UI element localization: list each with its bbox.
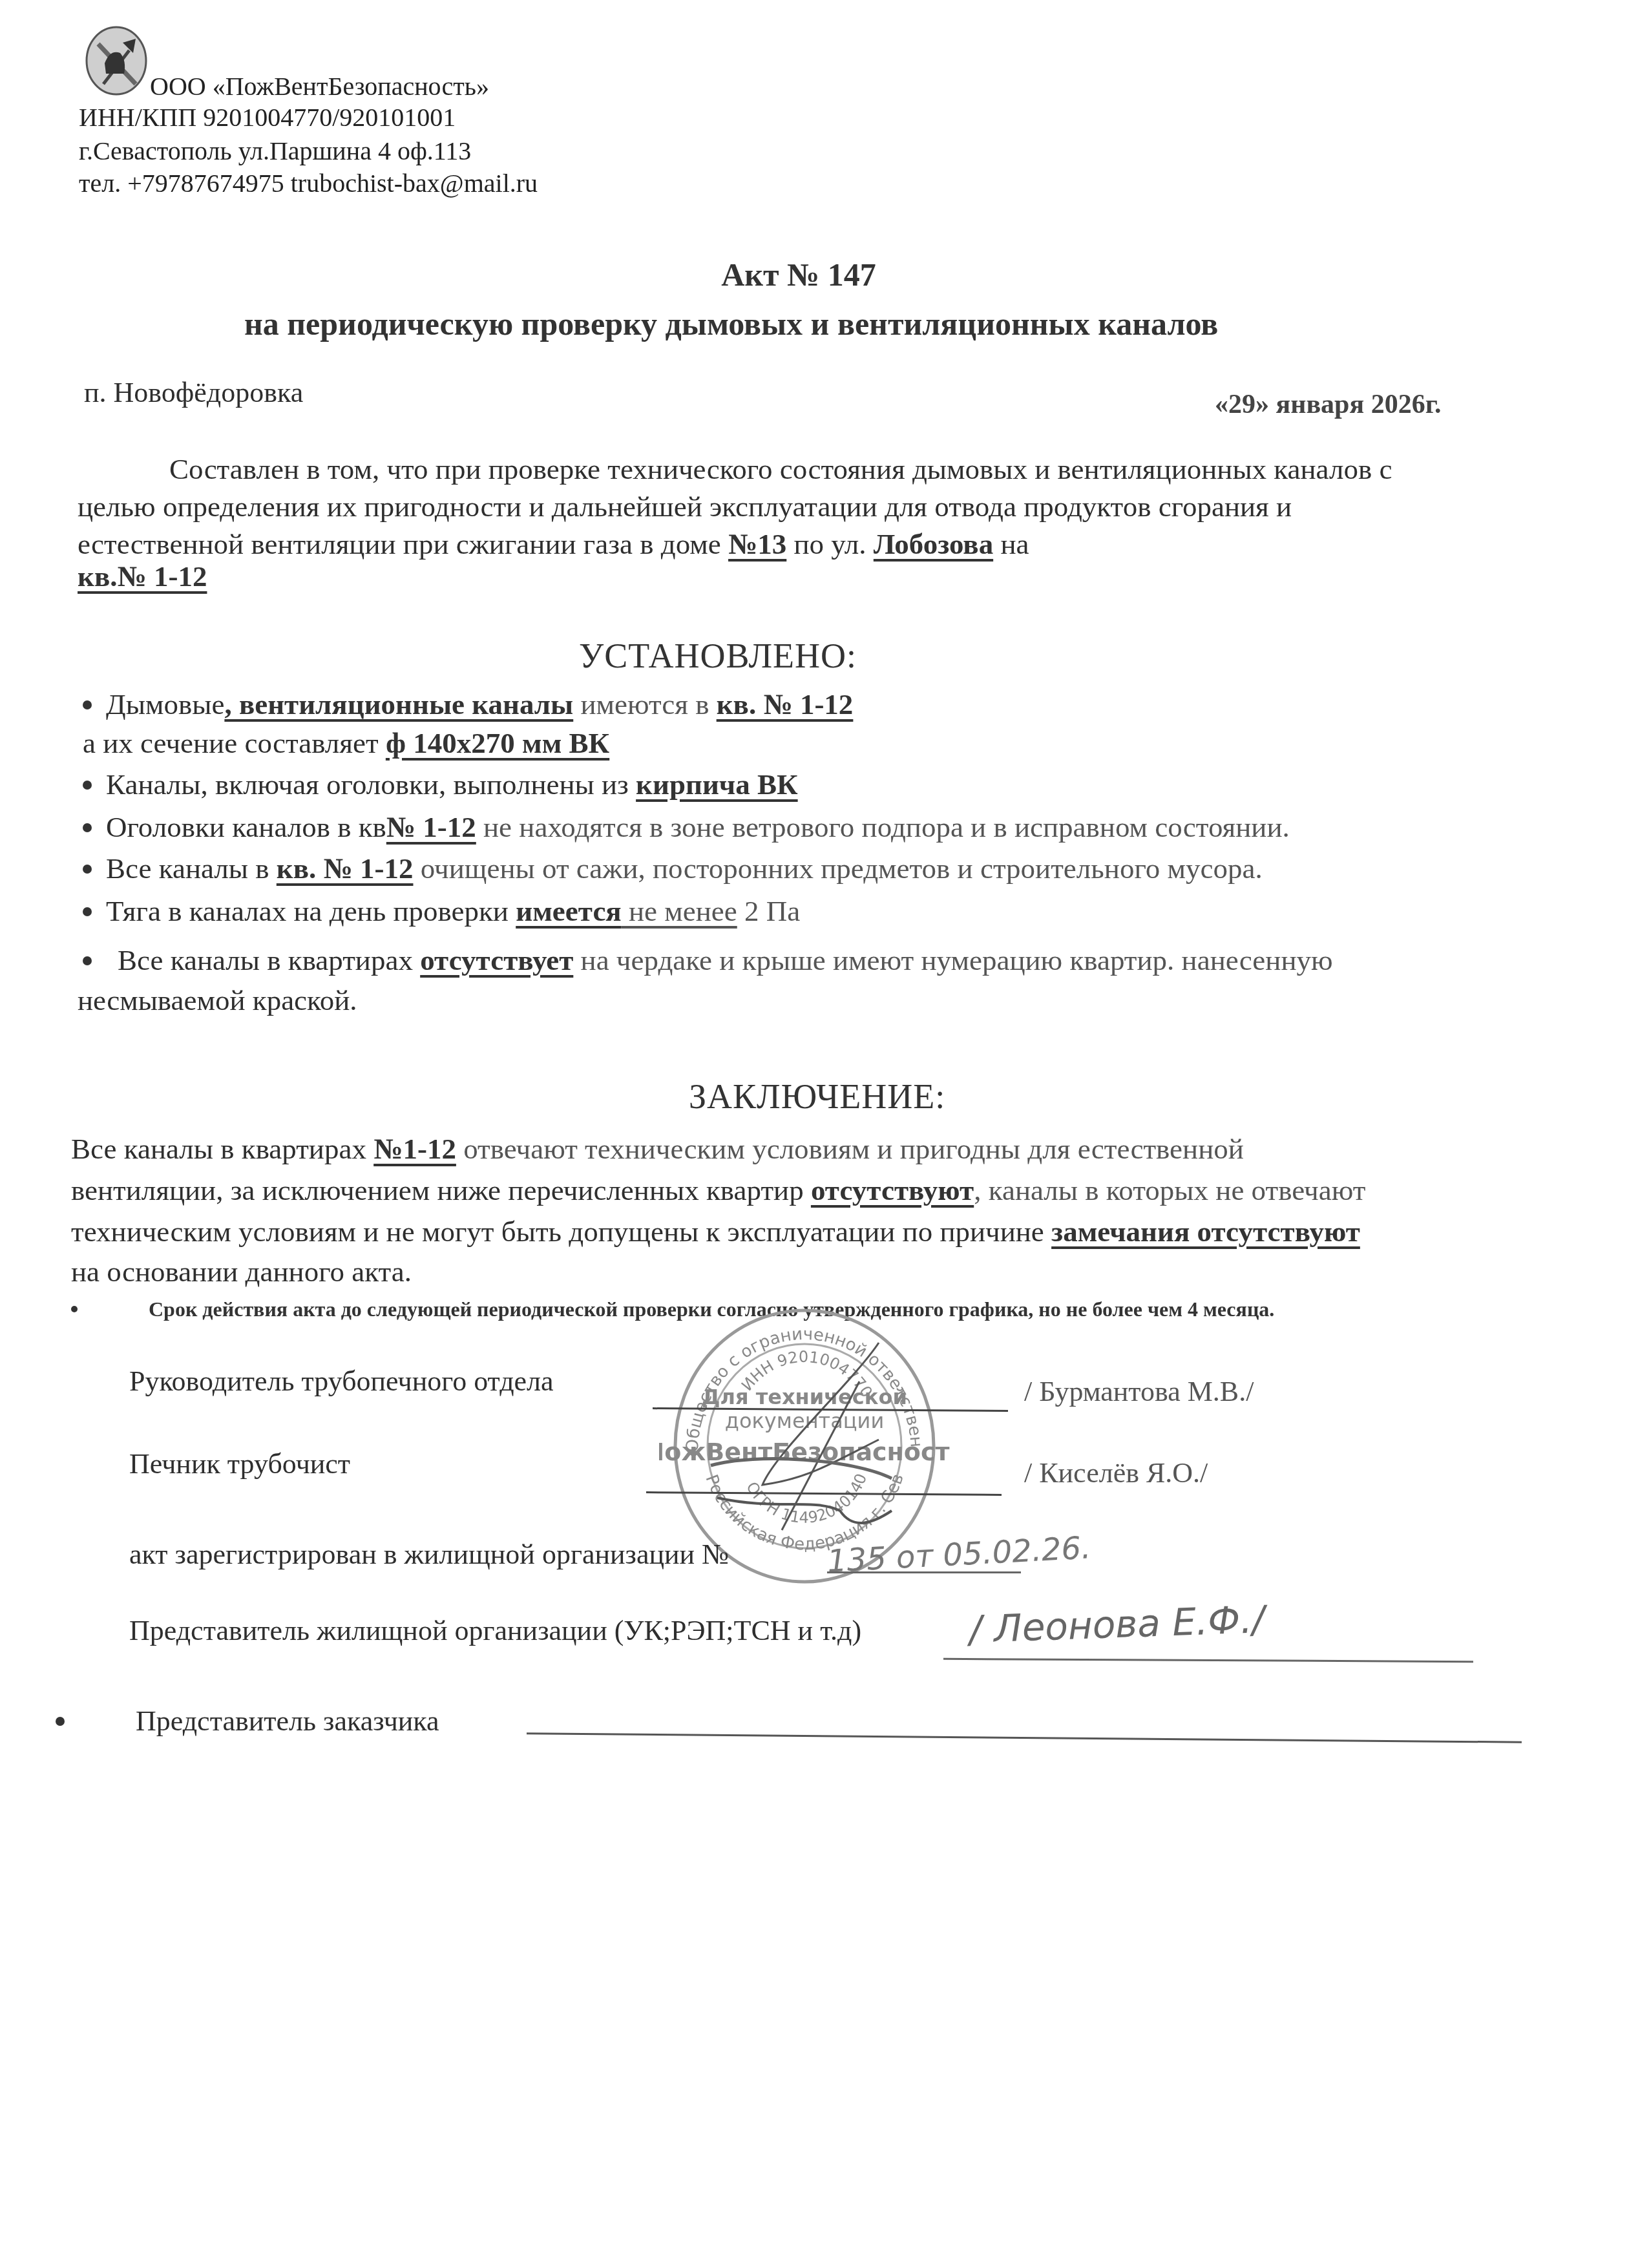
- established-item-5: Все каналы в кв. № 1-12 очищены от сажи,…: [83, 852, 1263, 885]
- housing-rep-label: Представитель жилищной организации (УК;Р…: [129, 1614, 861, 1647]
- conclusion-line-4: на основании данного акта.: [71, 1255, 412, 1288]
- head-signature-label: Руководитель трубопечного отдела: [129, 1365, 554, 1398]
- svg-text:«ПожВентБезопасность»: «ПожВентБезопасность»: [659, 1438, 950, 1466]
- bullet-icon: [83, 907, 92, 916]
- established-item-1: Дымовые, вентиляционные каналы имеются в…: [83, 688, 853, 721]
- established-item-2: а их сечение составляет ф 140х270 мм ВК: [83, 726, 609, 760]
- registered-line: [827, 1571, 1021, 1573]
- bullet-icon: [56, 1717, 65, 1726]
- established-item-7-cont: несмываемой краской.: [78, 983, 357, 1017]
- firefighter-emblem-icon: [84, 25, 149, 97]
- company-address: г.Севастополь ул.Паршина 4 оф.113: [79, 137, 471, 165]
- act-title: Акт № 147: [0, 256, 1623, 293]
- sweep-signature-label: Печник трубочист: [129, 1447, 350, 1480]
- intro-line-2: целью определения их пригодности и дальн…: [78, 490, 1292, 523]
- established-heading: УСТАНОВЛЕНО:: [579, 636, 857, 676]
- established-item-7: Все каналы в квартирах отсутствует на че…: [83, 943, 1333, 977]
- sweep-name: / Киселёв Я.О./: [1024, 1456, 1208, 1489]
- intro-text: на: [993, 528, 1029, 560]
- established-item-4: Оголовки каналов в кв№ 1-12 не находятся…: [83, 810, 1290, 844]
- intro-text: естественной вентиляции при сжигании газ…: [78, 528, 728, 560]
- conclusion-line-3: техническим условиям и не могут быть доп…: [71, 1215, 1360, 1248]
- company-contacts: тел. +79787674975 trubochist-bax@mail.ru: [79, 169, 538, 198]
- conclusion-line-1: Все каналы в квартирах №1-12 отвечают те…: [71, 1132, 1244, 1166]
- street-name: Лобозова: [874, 528, 993, 560]
- svg-text:Для технической: Для технической: [702, 1385, 907, 1409]
- head-name: / Бурмантова М.В./: [1024, 1375, 1254, 1408]
- intro-line-1: Составлен в том, что при проверке технич…: [169, 452, 1392, 486]
- conclusion-line-2: вентиляции, за исключением ниже перечисл…: [71, 1173, 1365, 1207]
- bullet-icon: [83, 781, 92, 790]
- established-item-6: Тяга в каналах на день проверки имеется …: [83, 894, 800, 928]
- house-number: №13: [728, 528, 786, 560]
- conclusion-heading: ЗАКЛЮЧЕНИЕ:: [689, 1076, 945, 1117]
- act-place: п. Новофёдоровка: [84, 376, 303, 409]
- bullet-icon: [83, 700, 92, 709]
- bullet-icon: [83, 865, 92, 874]
- intro-line-3: естественной вентиляции при сжигании газ…: [78, 527, 1029, 561]
- housing-rep-handwritten: / Леонова Е.Ф./: [969, 1597, 1265, 1652]
- company-name: ООО «ПожВентБезопасность»: [150, 72, 489, 101]
- bullet-icon: [71, 1306, 78, 1312]
- registered-label: акт зарегистрирован в жилищной организац…: [129, 1538, 729, 1571]
- bullet-icon: [83, 956, 92, 965]
- company-inn-kpp: ИНН/КПП 9201004770/920101001: [79, 103, 456, 132]
- apartments-range: кв.№ 1-12: [78, 560, 207, 593]
- customer-rep-label: Представитель заказчика: [56, 1705, 439, 1738]
- company-logo: [84, 25, 149, 97]
- established-item-3: Каналы, включая оголовки, выполнены из к…: [83, 768, 798, 801]
- bullet-icon: [83, 823, 92, 832]
- act-date: «29» января 2026г.: [1215, 389, 1442, 420]
- act-subtitle: на периодическую проверку дымовых и вент…: [244, 305, 1218, 342]
- housing-rep-line: [943, 1658, 1473, 1663]
- customer-rep-signature-line[interactable]: [527, 1732, 1522, 1743]
- intro-text: по ул.: [786, 528, 874, 560]
